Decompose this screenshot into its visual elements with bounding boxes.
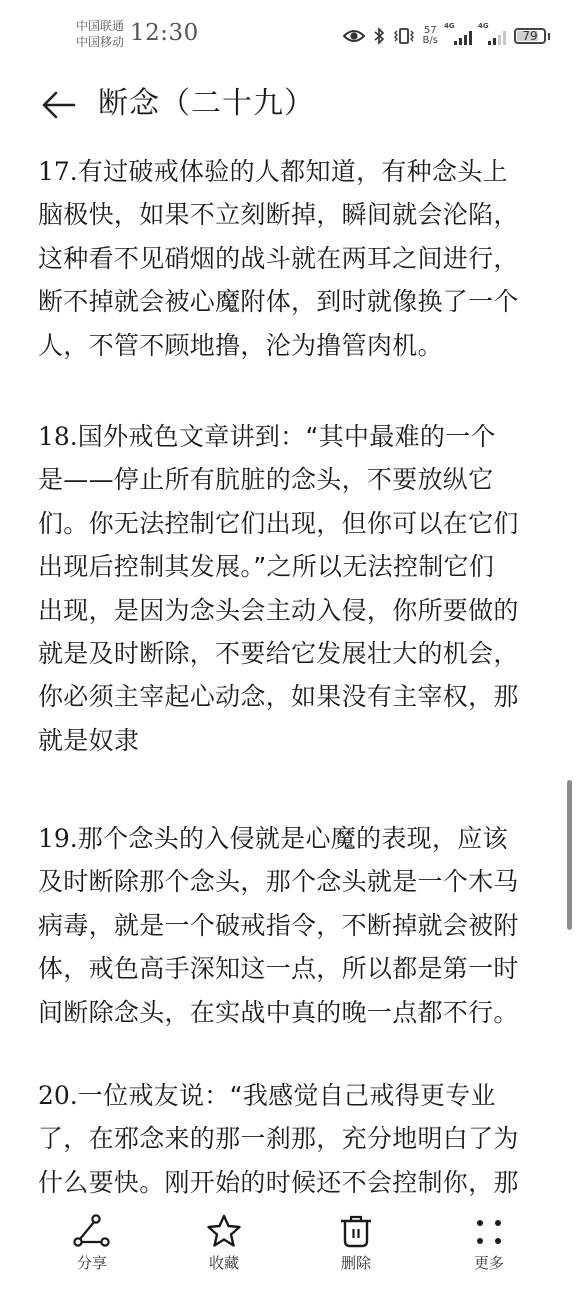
vibrate-icon	[393, 27, 415, 45]
bottom-toolbar: 分享 收藏 删除 更多	[0, 1200, 580, 1289]
battery-tip	[548, 33, 550, 40]
delete-label: 删除	[341, 1252, 371, 1273]
paragraph-17: 17.有过破戒体验的人都知道，有种念头上 脑极快，如果不立刻断掉，瞬间就会沦陷，…	[38, 150, 538, 367]
paragraph-20: 20.一位戒友说：“我感觉自己戒得更专业 了，在邪念来的那一刹那，充分地明白了为…	[38, 1074, 538, 1200]
bluetooth-icon	[373, 27, 385, 45]
favorite-label: 收藏	[209, 1252, 239, 1273]
text-line: 就是及时断除，不要给它发展壮大的机会，	[38, 632, 538, 675]
status-bar: 中国联通 中国移动 12:30 57 B/s 4G	[0, 0, 580, 64]
text-line: 你必须主宰起心动念，如果没有主宰权，那	[38, 675, 538, 718]
star-icon	[206, 1214, 242, 1248]
text-line: 脑极快，如果不立刻断掉，瞬间就会沦陷，	[38, 193, 538, 236]
text-line: 及时断除那个念头，那个念头就是一个木马	[38, 860, 538, 903]
text-line: 了，在邪念来的那一刹那，充分地明白了为	[38, 1117, 538, 1160]
arrow-left-icon	[40, 90, 76, 120]
header: 断念（二十九）	[0, 76, 580, 132]
text-line: 19.那个念头的入侵就是心魔的表现，应该	[38, 817, 538, 860]
sim1-signal-icon: 4G	[446, 27, 472, 45]
favorite-button[interactable]: 收藏	[184, 1214, 264, 1273]
note-content[interactable]: 17.有过破戒体验的人都知道，有种念头上 脑极快，如果不立刻断掉，瞬间就会沦陷，…	[38, 150, 538, 1200]
trash-icon	[339, 1214, 373, 1248]
battery-icon: 79	[514, 28, 546, 44]
paragraph-19: 19.那个念头的入侵就是心魔的表现，应该 及时断除那个念头，那个念头就是一个木马…	[38, 817, 538, 1034]
text-line: 是——停止所有肮脏的念头，不要放纵它	[38, 458, 538, 501]
text-line: 体，戒色高手深知这一点，所以都是第一时	[38, 947, 538, 990]
text-line: 出现，是因为念头会主动入侵，你所要做的	[38, 589, 538, 632]
share-icon	[73, 1214, 111, 1248]
text-line: 病毒，就是一个破戒指令，不断掉就会被附	[38, 904, 538, 947]
more-label: 更多	[474, 1252, 504, 1273]
more-dots-icon	[474, 1214, 504, 1248]
share-button[interactable]: 分享	[52, 1214, 132, 1273]
paragraph-18: 18.国外戒色文章讲到：“其中最难的一个 是——停止所有肮脏的念头，不要放纵它 …	[38, 415, 538, 762]
text-line: 17.有过破戒体验的人都知道，有种念头上	[38, 150, 538, 193]
carrier-1: 中国联通	[76, 18, 124, 34]
share-label: 分享	[77, 1252, 107, 1273]
clock: 12:30	[130, 20, 199, 46]
text-line: 间断除念头，在实战中真的晚一点都不行。	[38, 991, 538, 1034]
delete-button[interactable]: 删除	[316, 1214, 396, 1273]
battery-percent: 79	[516, 29, 544, 43]
scrollbar[interactable]	[567, 780, 572, 930]
network-speed: 57 B/s	[423, 26, 438, 46]
page-title: 断念（二十九）	[98, 84, 315, 124]
eye-comfort-icon	[343, 29, 365, 43]
back-button[interactable]	[38, 85, 78, 125]
carrier-info: 中国联通 中国移动	[76, 18, 124, 50]
carrier-2: 中国移动	[76, 34, 124, 50]
text-line: 人，不管不顾地撸，沦为撸管肉机。	[38, 324, 538, 367]
status-icons: 57 B/s 4G 4G 79	[343, 22, 550, 50]
text-line: 就是奴隶	[38, 719, 538, 762]
text-line: 什么要快。刚开始的时候还不会控制你，那	[38, 1161, 538, 1200]
text-line: 出现后控制其发展。”之所以无法控制它们	[38, 545, 538, 588]
text-line: 20.一位戒友说：“我感觉自己戒得更专业	[38, 1074, 538, 1117]
sim2-signal-icon: 4G	[480, 27, 506, 45]
text-line: 18.国外戒色文章讲到：“其中最难的一个	[38, 415, 538, 458]
text-line: 断不掉就会被心魔附体，到时就像换了一个	[38, 280, 538, 323]
text-line: 这种看不见硝烟的战斗就在两耳之间进行，	[38, 237, 538, 280]
more-button[interactable]: 更多	[449, 1214, 529, 1273]
text-line: 们。你无法控制它们出现，但你可以在它们	[38, 502, 538, 545]
